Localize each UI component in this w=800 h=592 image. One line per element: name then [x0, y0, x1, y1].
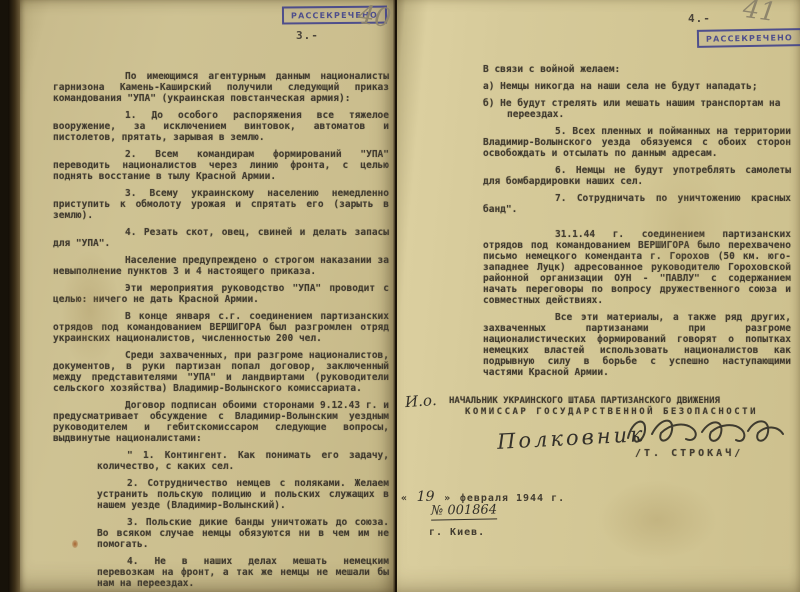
quoted-item: 2. Сотрудничество немцев с поляками. Жел…: [97, 478, 389, 511]
paragraph: По имеющимся агентурным данным национали…: [53, 71, 389, 104]
list-item: а) Немцы никогда на наши села не будут н…: [483, 81, 791, 92]
page-number: 4.-: [688, 12, 711, 25]
signer-title-line1: НАЧАЛЬНИК УКРАИНСКОГО ШТАБА ПАРТИЗАНСКОГ…: [449, 396, 794, 406]
paragraph: 31.1.44 г. соединением партизанских отря…: [483, 229, 791, 306]
order-item: 2. Всем командирам формирований "УПА" пе…: [53, 149, 389, 182]
page-number: 3.-: [296, 29, 319, 42]
paragraph: Все эти материалы, а также ряд других, з…: [483, 312, 791, 378]
quoted-item: " 1. Контингент. Как понимать его задачу…: [97, 450, 389, 472]
left-page-text-column: По имеющимся агентурным данным национали…: [53, 71, 389, 592]
paragraph: Среди захваченных, при разгроме национал…: [53, 350, 389, 394]
folio-number-pencil: 40: [356, 0, 393, 34]
paragraph: В конце января с.г. соединением партизан…: [53, 311, 389, 344]
document-number-handwritten: № 001864: [431, 502, 497, 520]
paragraph: Население предупреждено о строгом наказа…: [53, 255, 389, 277]
city-line: г. Киев.: [429, 527, 485, 538]
order-item: 6. Немцы не будут употреблять самолеты д…: [483, 165, 791, 187]
order-item: 7. Сотрудничать по уничтожению красных б…: [483, 193, 791, 215]
left-page: РАССЕКРЕЧЕНО 40 3.- По имеющимся агентур…: [20, 0, 395, 592]
quote-open: «: [401, 493, 407, 504]
paragraph: Договор подписан обоими сторонами 9.12.4…: [53, 400, 389, 444]
right-page: 4.- 41 РАССЕКРЕЧЕНО В связи с войной жел…: [397, 0, 800, 592]
quoted-item: 3. Польские дикие банды уничтожать до со…: [97, 517, 389, 550]
paragraph: Эти мероприятия руководство "УПА" провод…: [53, 283, 389, 305]
order-item: 4. Резать скот, овец, свиней и делать за…: [53, 227, 389, 249]
order-item: 1. До особого распоряжения все тяжелое в…: [53, 110, 389, 143]
document-scan: РАССЕКРЕЧЕНО 40 3.- По имеющимся агентур…: [0, 0, 800, 592]
strokach-signature-icon: [622, 408, 787, 453]
paragraph: В связи с войной желаем:: [483, 64, 791, 75]
order-item: 3. Всему украинскому населению немедленн…: [53, 188, 389, 221]
folio-number-pencil: 41: [741, 0, 778, 28]
signer-typed-name: /Т. СТРОКАЧ/: [635, 448, 743, 459]
acting-prefix-handwritten: И.о.: [404, 391, 437, 411]
paper-stain: [597, 480, 717, 560]
order-item: 5. Всех пленных и пойманных на территори…: [483, 126, 791, 159]
quoted-item: 4. Не в наших делах мешать немецким пере…: [97, 556, 389, 589]
declassified-stamp: РАССЕКРЕЧЕНО: [697, 28, 800, 48]
right-page-text-column: В связи с войной желаем: а) Немцы никогд…: [483, 64, 791, 384]
list-item: б) Не будут стрелять или мешать нашим тр…: [483, 98, 791, 120]
book-binding-edge: [8, 0, 20, 592]
